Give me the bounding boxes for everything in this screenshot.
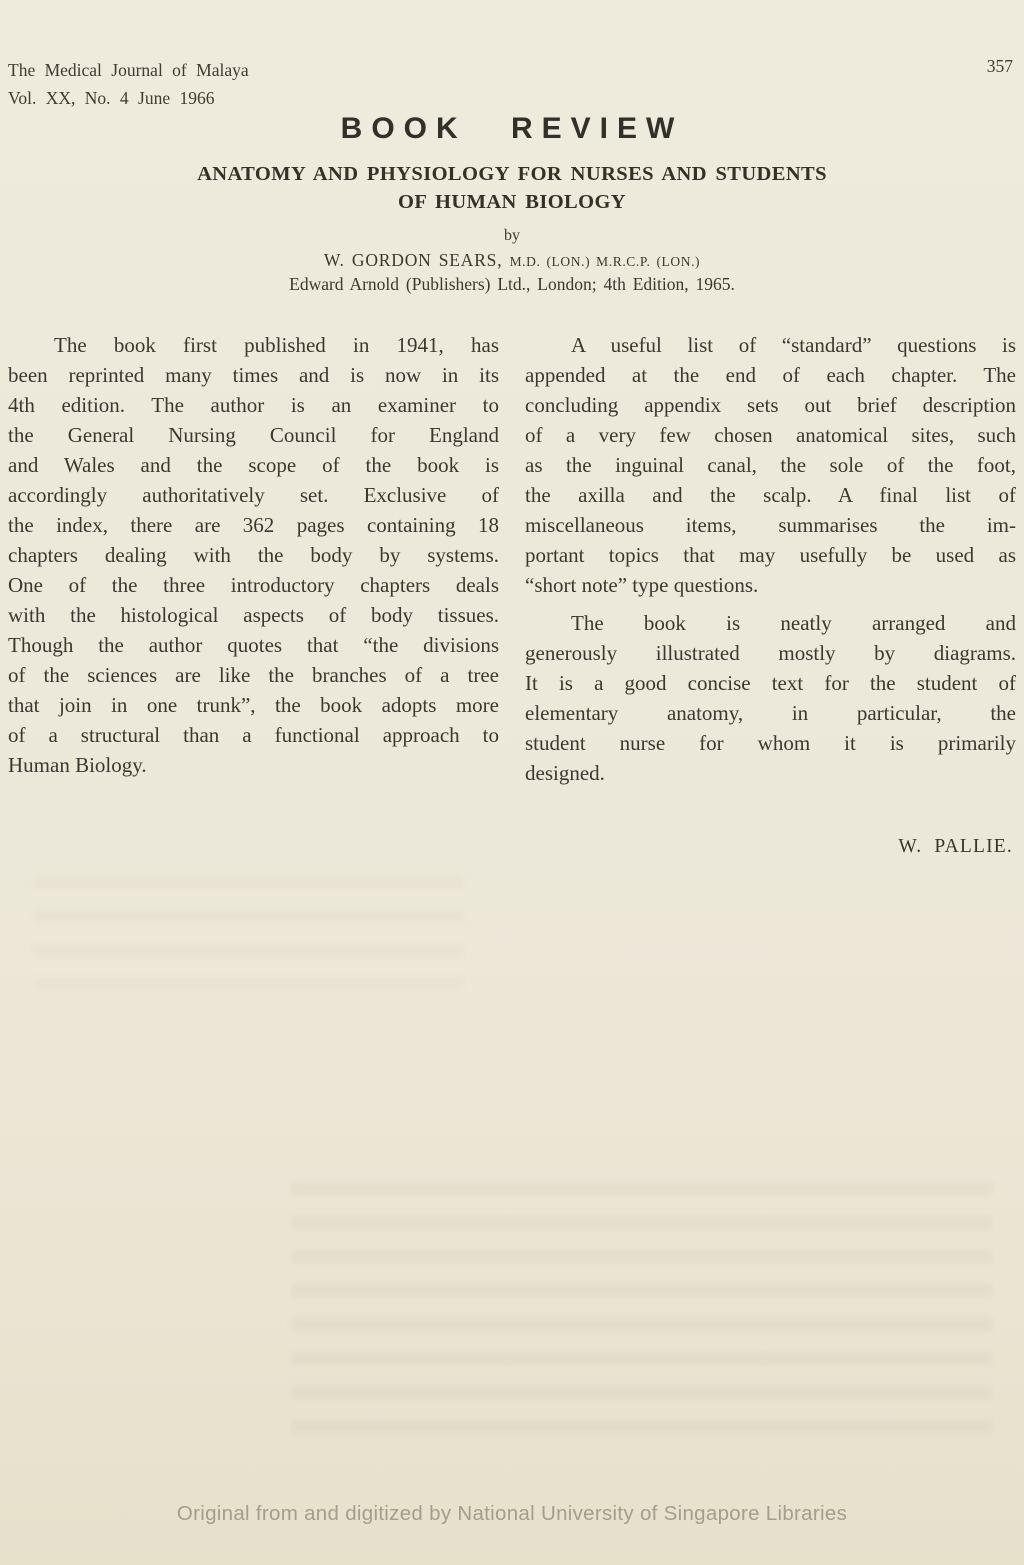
right-paragraph-1: A useful list of “standard” questions is… xyxy=(525,330,1016,600)
text-line: The book first published in 1941, has xyxy=(8,330,499,360)
book-title-line-1: ANATOMY AND PHYSIOLOGY FOR NURSES AND ST… xyxy=(0,160,1024,188)
left-paragraph-1: The book first published in 1941, hasbee… xyxy=(8,330,499,780)
text-line: of the sciences are like the branches of… xyxy=(8,660,499,690)
right-paragraph-2: The book is neatly arranged andgenerousl… xyxy=(525,608,1016,788)
text-line: the axilla and the scalp. A final list o… xyxy=(525,480,1016,510)
review-body: The book first published in 1941, hasbee… xyxy=(8,330,1016,788)
byline-prefix: by xyxy=(0,227,1024,245)
section-title: BOOK REVIEW xyxy=(0,112,1024,146)
author-credentials: M.D. (LON.) M.R.C.P. (LON.) xyxy=(510,254,701,269)
journal-issue: Vol. XX, No. 4 June 1966 xyxy=(8,84,249,112)
text-line: that join in one trunk”, the book adopts… xyxy=(8,690,499,720)
text-line: Human Biology. xyxy=(8,750,499,780)
text-line: A useful list of “standard” questions is xyxy=(525,330,1016,360)
text-line: One of the three introductory chapters d… xyxy=(8,570,499,600)
journal-name: The Medical Journal of Malaya xyxy=(8,56,249,84)
publisher-line: Edward Arnold (Publishers) Ltd., London;… xyxy=(0,274,1024,295)
text-line: It is a good concise text for the studen… xyxy=(525,668,1016,698)
text-line: the index, there are 362 pages containin… xyxy=(8,510,499,540)
text-line: 4th edition. The author is an examiner t… xyxy=(8,390,499,420)
text-line: of a structural than a functional approa… xyxy=(8,720,499,750)
text-line: and Wales and the scope of the book is xyxy=(8,450,499,480)
text-line: The book is neatly arranged and xyxy=(525,608,1016,638)
text-line: portant topics that may usefully be used… xyxy=(525,540,1016,570)
text-line: been reprinted many times and is now in … xyxy=(8,360,499,390)
text-line: with the histological aspects of body ti… xyxy=(8,600,499,630)
author-line: W. GORDON SEARS, M.D. (LON.) M.R.C.P. (L… xyxy=(0,250,1024,271)
book-title: ANATOMY AND PHYSIOLOGY FOR NURSES AND ST… xyxy=(0,160,1024,216)
text-line: designed. xyxy=(525,758,1016,788)
text-line: appended at the end of each chapter. The xyxy=(525,360,1016,390)
text-line: the General Nursing Council for England xyxy=(8,420,499,450)
page-bleedthrough-lower xyxy=(292,1182,992,1450)
page-bleedthrough-upper xyxy=(34,876,464,988)
page-number: 357 xyxy=(987,56,1013,77)
text-line: accordingly authoritatively set. Exclusi… xyxy=(8,480,499,510)
text-line: “short note” type questions. xyxy=(525,570,1016,600)
reviewer-signature: W. PALLIE. xyxy=(898,836,1013,858)
text-line: as the inguinal canal, the sole of the f… xyxy=(525,450,1016,480)
book-title-line-2: OF HUMAN BIOLOGY xyxy=(0,188,1024,216)
text-line: chapters dealing with the body by system… xyxy=(8,540,499,570)
text-line: generously illustrated mostly by diagram… xyxy=(525,638,1016,668)
text-line: Though the author quotes that “the divis… xyxy=(8,630,499,660)
text-line: student nurse for whom it is primarily xyxy=(525,728,1016,758)
text-line: elementary anatomy, in particular, the xyxy=(525,698,1016,728)
text-line: miscellaneous items, summarises the im- xyxy=(525,510,1016,540)
masthead: The Medical Journal of Malaya Vol. XX, N… xyxy=(8,56,249,112)
right-column: A useful list of “standard” questions is… xyxy=(525,330,1016,788)
text-line: of a very few chosen anatomical sites, s… xyxy=(525,420,1016,450)
digitization-note: Original from and digitized by National … xyxy=(0,1502,1024,1526)
scanned-journal-page: The Medical Journal of Malaya Vol. XX, N… xyxy=(0,0,1024,1565)
author-name: W. GORDON SEARS, xyxy=(324,250,503,270)
text-line: concluding appendix sets out brief descr… xyxy=(525,390,1016,420)
left-column: The book first published in 1941, hasbee… xyxy=(8,330,499,788)
